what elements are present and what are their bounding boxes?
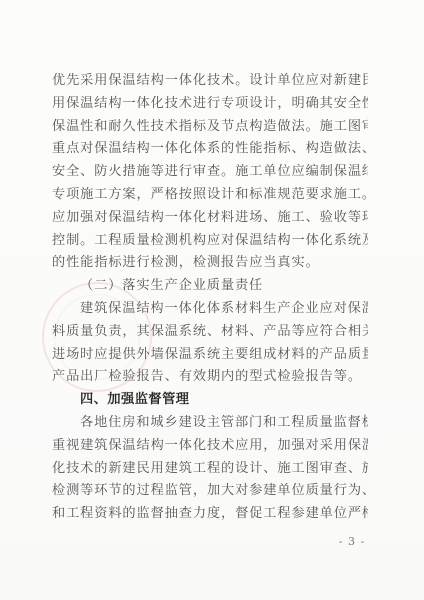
body-line: 重视建筑保温结构一体化技术应用，加强对采用保温结构一体 [52,435,368,458]
document-body: 优先采用保温结构一体化技术。设计单位应对新建民用建筑采 用保温结构一体化技术进行… [52,70,368,526]
body-line: 料质量负责，其保温系统、材料、产品等应符合相关标准规范， [52,321,368,344]
body-line: 用保温结构一体化技术进行专项设计，明确其安全性、防火性、 [52,93,368,116]
body-line: 各地住房和城乡建设主管部门和工程质量监督机构要高度 [52,412,368,435]
body-line: 保温性和耐久性技术指标及节点构造做法。施工图审查机构应 [52,116,368,139]
body-line: 安全、防火措施等进行审查。施工单位应编制保温结构一体化 [52,161,368,184]
document-page: 优先采用保温结构一体化技术。设计单位应对新建民用建筑采 用保温结构一体化技术进行… [0,0,424,600]
body-line: 进场时应提供外墙保温系统主要组成材料的产品质量合格证、 [52,344,368,367]
body-line: 重点对保温结构一体化体系的性能指标、构造做法、节能计算、 [52,138,368,161]
body-line: 专项施工方案，严格按照设计和标准规范要求施工。监理单位 [52,184,368,207]
body-line: 和工程资料的监督抽查力度，督促工程参建单位严格落实工程 [52,503,368,526]
page-number: - 3 - [330,535,374,548]
body-line: 化技术的新建民用建筑工程的设计、施工图审查、施工、监理、 [52,458,368,481]
body-line: 产品出厂检验报告、有效期内的型式检验报告等。 [52,366,368,389]
body-line: 检测等环节的过程监管，加大对参建单位质量行为、实体质量 [52,480,368,503]
body-line: 应加强对保温结构一体化材料进场、施工、验收等环节的质量 [52,207,368,230]
body-line: 优先采用保温结构一体化技术。设计单位应对新建民用建筑采 [52,70,368,93]
body-line: 的性能指标进行检测，检测报告应当真实。 [52,252,368,275]
body-line: 控制。工程质量检测机构应对保温结构一体化系统及配套材料 [52,230,368,253]
section-subheading: （二）落实生产企业质量责任 [52,275,368,298]
section-heading: 四、加强监督管理 [52,389,368,412]
body-line: 建筑保温结构一体化体系材料生产企业应对保温系统、材 [52,298,368,321]
